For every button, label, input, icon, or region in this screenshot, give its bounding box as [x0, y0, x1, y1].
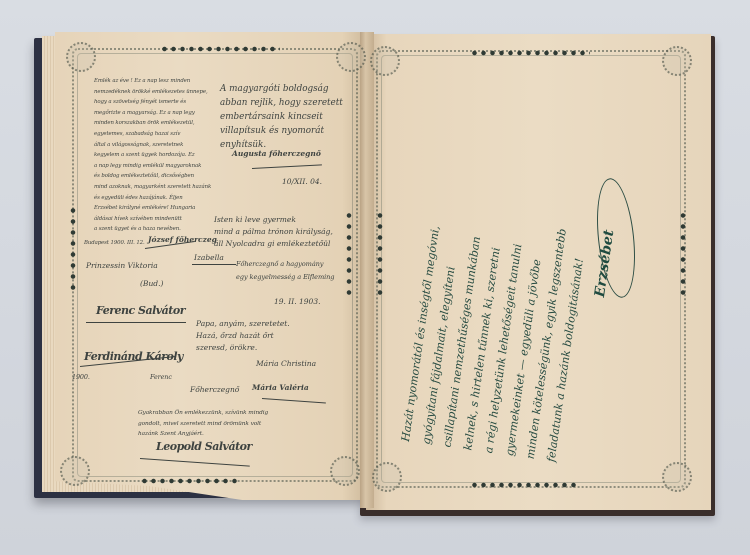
text-line: Főherczegnő a hagyomány [236, 258, 334, 271]
floral-corner-icon [662, 46, 692, 76]
signature-prinzessin: Prinzessin Viktoria [86, 260, 158, 272]
text-line: és boldog emlékeztetőül, dicsőségben [94, 171, 211, 182]
signature-note: (Bud.) [140, 278, 163, 290]
text-line: áldásai hívek szívében mindenütt [94, 214, 211, 225]
floral-corner-icon [66, 42, 96, 72]
signature-flourish [86, 322, 186, 323]
text-line: és egyedüli édes hazájának. Éljen [94, 193, 211, 204]
entry-middle: Isten ki leve gyermek mind a pálma tróno… [214, 214, 333, 250]
floral-garland-bottom-left [140, 478, 240, 484]
signature-flourish [192, 264, 236, 265]
text-line: Gyakrabban Ön emlékezzünk, szívünk mindi… [138, 408, 268, 419]
text-line: A magyargóti boldogság [220, 82, 343, 96]
text-line: embertársaink kincseit [220, 110, 343, 124]
floral-garland-left-edge [70, 205, 76, 295]
letter-block: Emlék az éve ! Ez a nap lesz minden nemz… [94, 76, 211, 235]
text-line: áll Nyolcadra gi emlékeztetőül [214, 238, 333, 250]
text-line: egyetemes, szabadság hazai szív [94, 129, 211, 140]
floral-corner-icon [662, 462, 692, 492]
floral-garland-top-right [470, 50, 590, 56]
floral-garland-top-left [160, 46, 280, 52]
entry-middle-date: 19. II. 1903. [274, 296, 320, 308]
book-gutter [360, 32, 374, 508]
floral-corner-icon [330, 456, 360, 486]
entry-middle-signature: Izabella [194, 252, 224, 264]
text-line: kegyelem a szent ügyek hordozója. Ez [94, 150, 211, 161]
entry-lower-prefix: Főherczegnő [190, 384, 239, 396]
entry-lower-right: Papa, anyám, szeretetet. Hazá, őrzd hazá… [196, 318, 290, 354]
letter-signature: József főherczeg [148, 234, 217, 246]
text-line: hogy a szövetség fényét ismerte és [94, 97, 211, 108]
entry-bottom: Gyakrabban Ön emlékezzünk, szívünk mindi… [138, 408, 268, 440]
text-line: Hazá, őrzd hazát őrt [196, 330, 290, 342]
text-line: szeresd, örökre. [196, 342, 290, 354]
floral-corner-icon [372, 462, 402, 492]
signature-ferenc-salvator: Ferenc Salvátor [96, 304, 185, 317]
text-line: abban rejlik, hogy szeretett [220, 96, 343, 110]
entry-top-date: 10/XII. 04. [282, 176, 322, 188]
text-line: gondolt, mivel szeretett mind örömünk vo… [138, 419, 268, 430]
entry-bottom-signature: Leopold Salvátor [156, 440, 252, 453]
text-line: megőrizte a magyarság. Ez a nap legy [94, 108, 211, 119]
floral-garland-right-edge [680, 210, 686, 300]
text-line: mind azoknak, magyarként szeretett hazán… [94, 182, 211, 193]
text-line: egy kegyelmesség a Elfleming [236, 271, 334, 284]
floral-corner-icon [60, 456, 90, 486]
entry-top-signature: Augusta főherczegnő [232, 148, 321, 160]
text-line: mind a pálma trónon királyság, [214, 226, 333, 238]
text-line: Erzsébet királyné emlékére! Hungaria [94, 203, 211, 214]
text-line: Emlék az éve ! Ez a nap lesz minden [94, 76, 211, 87]
text-line: hazánk Szent Anyjáért. [138, 429, 268, 440]
signature-suffix: Ferenc [150, 372, 172, 383]
floral-garland-gutter-right [377, 210, 383, 300]
text-line: Isten ki leve gyermek [214, 214, 333, 226]
entry-top: A magyargóti boldogság abban rejlik, hog… [220, 82, 343, 152]
entry-middle-subtitle: Főherczegnő a hagyomány egy kegyelmesség… [236, 258, 334, 284]
floral-garland-bottom-right [470, 482, 580, 488]
text-line: villapítsuk és nyomorát [220, 124, 343, 138]
text-line: nemzedéknek örökké emlékezetes ünnepe, [94, 87, 211, 98]
floral-corner-icon [336, 42, 366, 72]
text-line: Papa, anyám, szeretetet. [196, 318, 290, 330]
text-line: a nap legy mindig emlékül magyaroknak [94, 161, 211, 172]
floral-corner-icon [370, 46, 400, 76]
photo-scene: Emlék az éve ! Ez a nap lesz minden nemz… [0, 0, 750, 555]
floral-garland-gutter-left [346, 210, 352, 300]
text-line: minden korszakban örök emlékezetül, [94, 118, 211, 129]
letter-place-date: Budapest 1900. III. 12. [84, 238, 145, 249]
signature-date: 1900. [72, 372, 90, 383]
entry-lower-right-signature: Mária Christina [256, 358, 316, 370]
text-line: által a világosságnak, szeretetnek [94, 140, 211, 151]
entry-lower-signature: Mária Valéria [252, 382, 309, 394]
